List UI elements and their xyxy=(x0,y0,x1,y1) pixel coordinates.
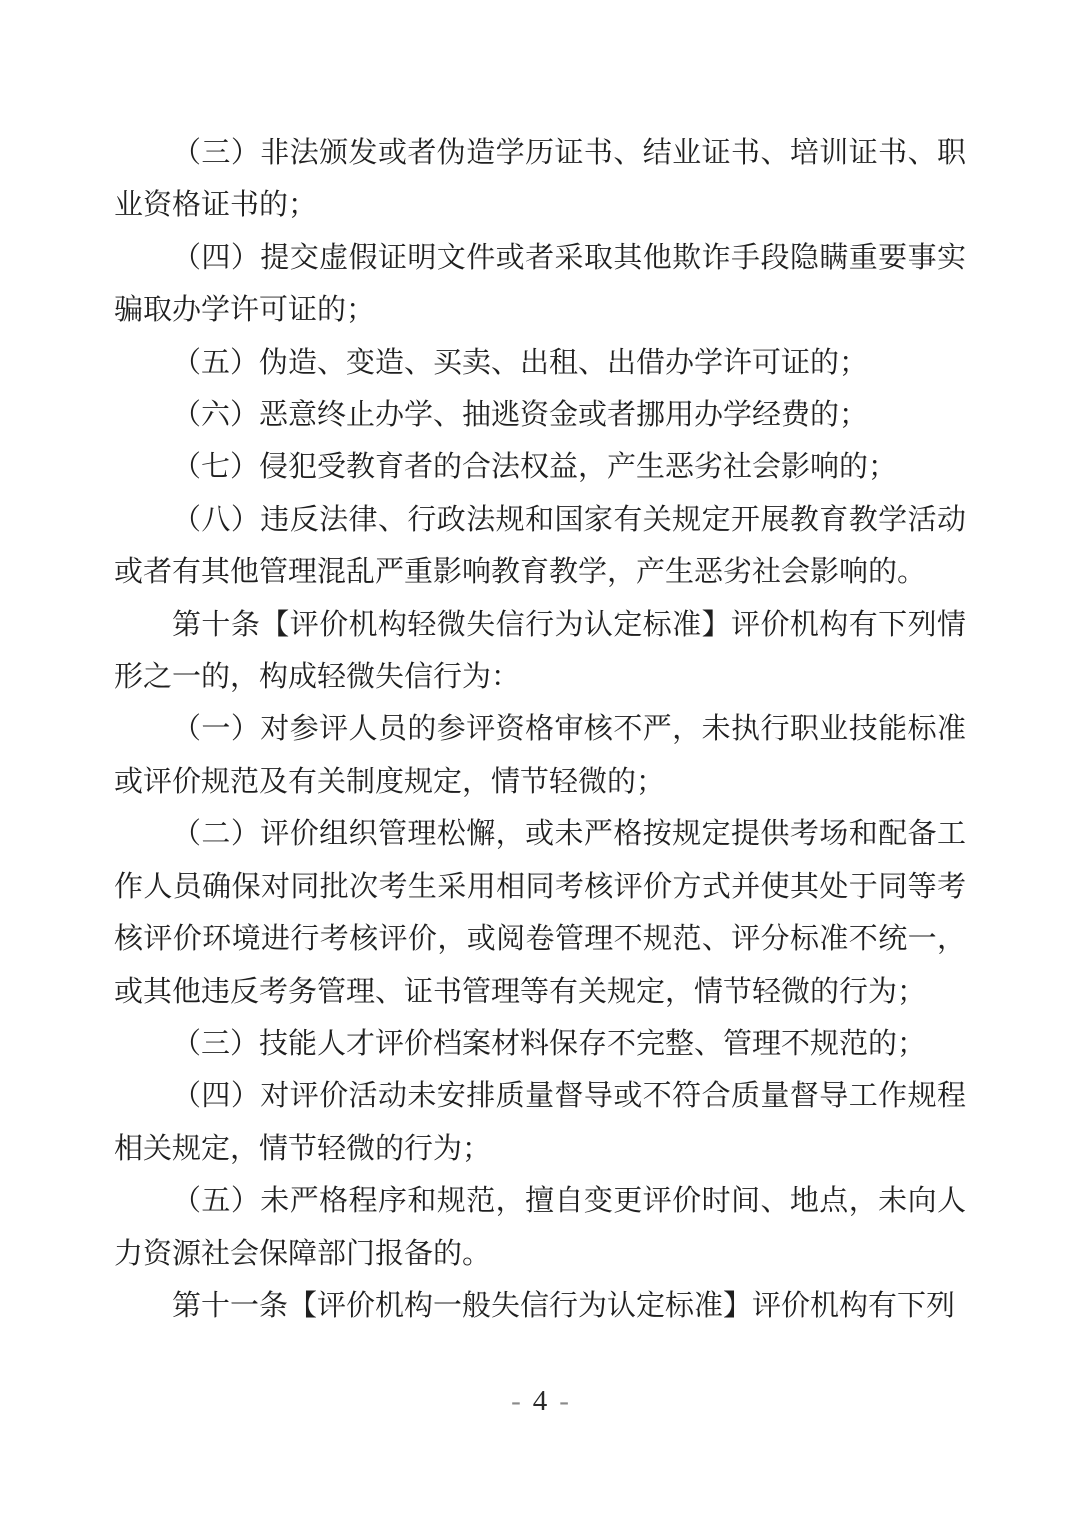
page-body: （三）非法颁发或者伪造学历证书、结业证书、培训证书、职业资格证书的； （四）提交… xyxy=(114,127,966,1332)
clause-paragraph: （六）恶意终止办学、抽逃资金或者挪用办学经费的； xyxy=(114,389,966,441)
clause-paragraph: （五）未严格程序和规范，擅自变更评价时间、地点，未向人力资源社会保障部门报备的。 xyxy=(114,1175,966,1280)
footer-right-dash: - xyxy=(559,1385,569,1417)
clause-paragraph: （一）对参评人员的参评资格审核不严，未执行职业技能标准或评价规范及有关制度规定，… xyxy=(114,703,966,808)
clause-paragraph: （二）评价组织管理松懈，或未严格按规定提供考场和配备工作人员确保对同批次考生采用… xyxy=(114,808,966,1018)
article-10-paragraph: 第十条【评价机构轻微失信行为认定标准】评价机构有下列情形之一的，构成轻微失信行为… xyxy=(114,599,966,704)
footer-left-dash: - xyxy=(511,1385,521,1417)
article-11-paragraph: 第十一条【评价机构一般失信行为认定标准】评价机构有下列 xyxy=(114,1280,966,1332)
clause-paragraph: （五）伪造、变造、买卖、出租、出借办学许可证的； xyxy=(114,337,966,389)
clause-paragraph: （三）技能人才评价档案材料保存不完整、管理不规范的； xyxy=(114,1018,966,1070)
clause-paragraph: （七）侵犯受教育者的合法权益，产生恶劣社会影响的； xyxy=(114,441,966,493)
clause-paragraph: （四）提交虚假证明文件或者采取其他欺诈手段隐瞒重要事实骗取办学许可证的； xyxy=(114,232,966,337)
page-footer: -4- xyxy=(0,1383,1080,1419)
clause-paragraph: （八）违反法律、行政法规和国家有关规定开展教育教学活动或者有其他管理混乱严重影响… xyxy=(114,494,966,599)
clause-paragraph: （三）非法颁发或者伪造学历证书、结业证书、培训证书、职业资格证书的； xyxy=(114,127,966,232)
page-number: 4 xyxy=(533,1385,548,1417)
document-page: （三）非法颁发或者伪造学历证书、结业证书、培训证书、职业资格证书的； （四）提交… xyxy=(0,0,1080,1527)
clause-paragraph: （四）对评价活动未安排质量督导或不符合质量督导工作规程相关规定，情节轻微的行为； xyxy=(114,1070,966,1175)
